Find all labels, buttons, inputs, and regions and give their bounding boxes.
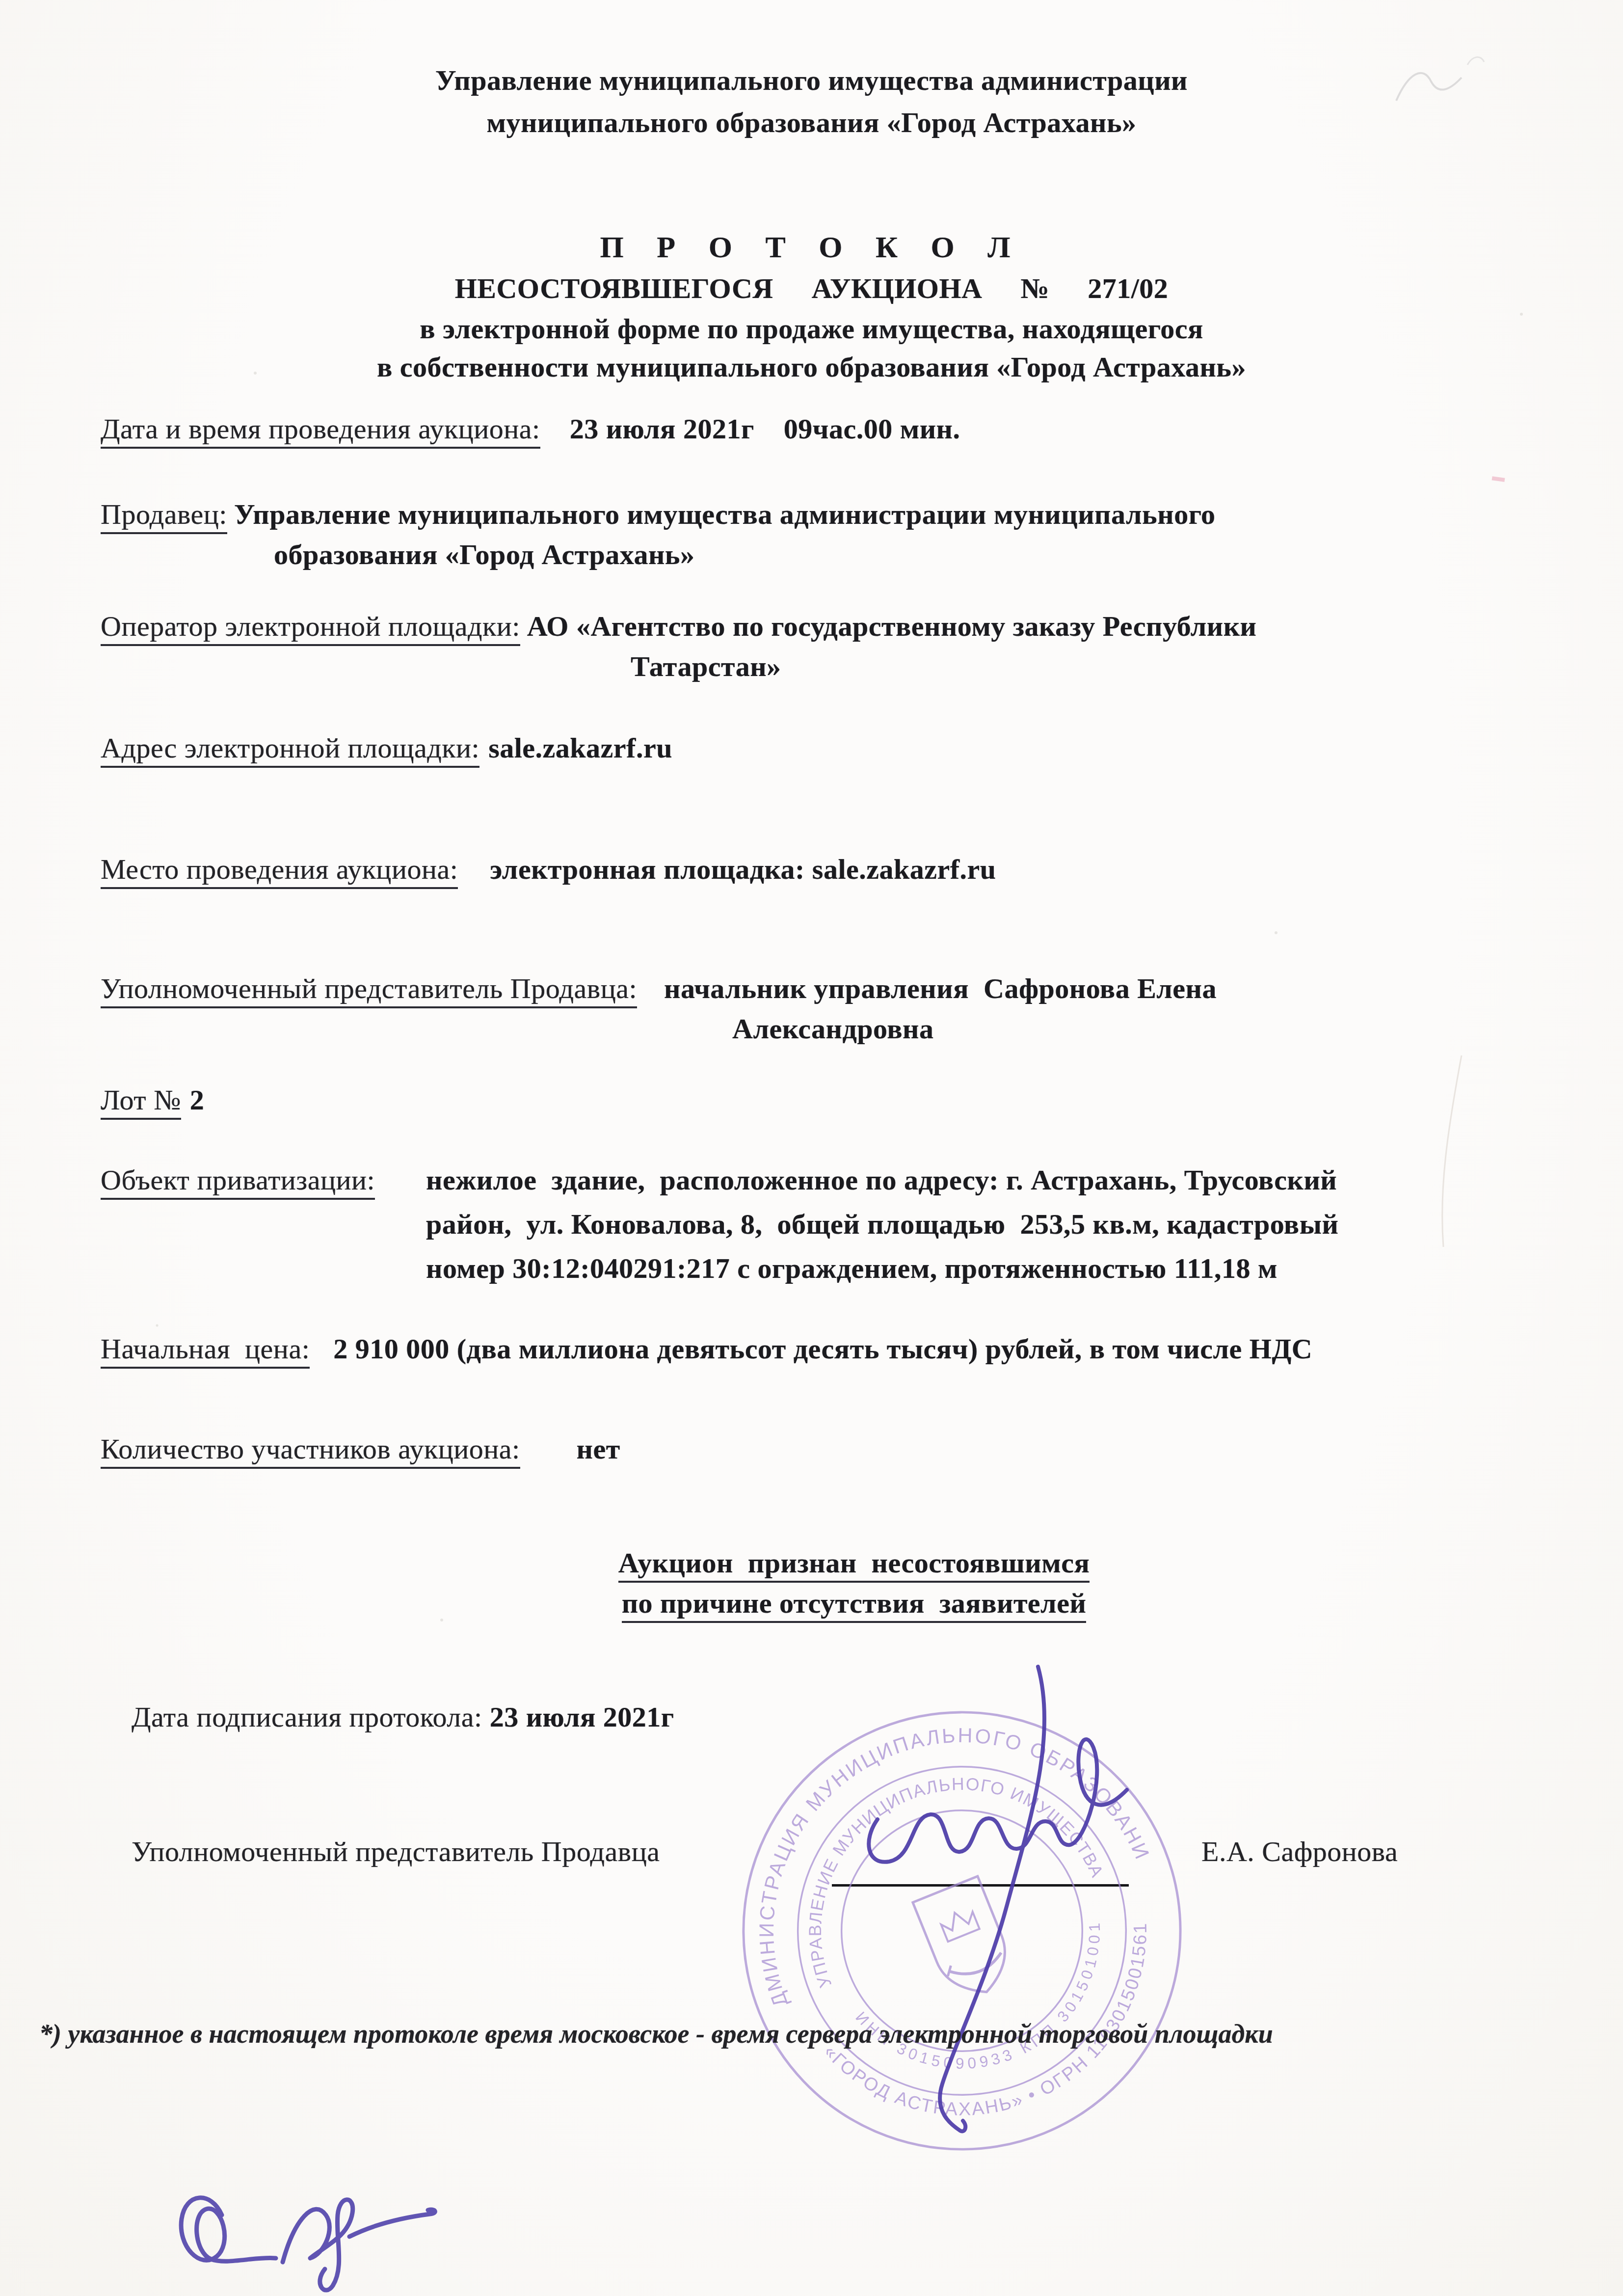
pink-mark-artifact (1492, 476, 1505, 482)
field-operator-value-line-1: АО «Агентство по государственному заказу… (527, 610, 1257, 642)
field-seller-label: Продавец: (101, 498, 227, 534)
field-participants-value: нет (577, 1433, 620, 1465)
field-lot-label: Лот № (101, 1084, 181, 1120)
result-statement-text-1: Аукцион признан несостоявшимся (618, 1547, 1090, 1583)
paper-crease-artifact (1442, 1055, 1462, 1247)
dust-specks (156, 279, 1523, 1622)
field-participants: Количество участников аукциона:нет (101, 1432, 620, 1467)
field-platform-address: Адрес электронной площадки:sale.zakazrf.… (101, 730, 672, 766)
field-platform-address-value: sale.zakazrf.ru (488, 732, 672, 764)
footnote-moscow-time: *) указанное в настоящем протоколе время… (39, 2019, 1590, 2049)
field-seller-value-line-1: Управление муниципального имущества адми… (234, 498, 1216, 530)
field-object-label-line: Объект приватизации: (101, 1162, 375, 1198)
field-datetime-label: Дата и время проведения аукциона: (101, 413, 540, 449)
field-datetime-value: 23 июля 2021г 09час.00 мин. (570, 413, 960, 445)
field-representative: Уполномоченный представитель Продавца:на… (101, 971, 1217, 1007)
field-start-price-value: 2 910 000 (два миллиона девятьсот десять… (333, 1333, 1312, 1365)
field-start-price: Начальная цена:2 910 000 (два миллиона д… (101, 1331, 1312, 1367)
doc-title-line-4: в собственности муниципального образован… (0, 350, 1623, 385)
result-statement-text-2: по причине отсутствия заявителей (622, 1587, 1087, 1623)
footer-signature-scribble (118, 2150, 461, 2296)
doc-title-line-3: в электронной форме по продаже имущества… (0, 311, 1623, 347)
scanned-protocol-page: Управление муниципального имущества адми… (0, 0, 1623, 2296)
field-object-value-line-2: район, ул. Коновалова, 8, общей площадью… (426, 1207, 1338, 1243)
field-object-value-line-1: нежилое здание, расположенное по адресу:… (426, 1162, 1337, 1198)
field-lot: Лот №2 (101, 1082, 204, 1118)
field-operator-label: Оператор электронной площадки: (101, 610, 520, 646)
field-operator: Оператор электронной площадки:АО «Агентс… (101, 609, 1257, 645)
field-datetime: Дата и время проведения аукциона:23 июля… (101, 411, 960, 447)
result-statement-line-2: по причине отсутствия заявителей (147, 1586, 1561, 1621)
field-lot-value: 2 (190, 1084, 205, 1116)
doc-title-protocol: П Р О Т О К О Л (0, 229, 1623, 267)
field-seller: Продавец:Управление муниципального имуще… (101, 497, 1216, 533)
field-seller-value-line-2: образования «Город Астрахань» (274, 537, 695, 573)
field-platform-address-label: Адрес электронной площадки: (101, 732, 479, 768)
field-signing-date-value: 23 июля 2021г (490, 1701, 674, 1733)
field-object-label: Объект приватизации: (101, 1164, 375, 1200)
org-name-line-2: муниципального образования «Город Астрах… (0, 105, 1623, 141)
field-signing-date: Дата подписания протокола: 23 июля 2021г (132, 1700, 674, 1735)
signature-row-title: Уполномоченный представитель Продавца (132, 1834, 660, 1870)
field-venue: Место проведения аукциона:электронная пл… (101, 852, 996, 888)
field-representative-value-line-2: Александровна (732, 1011, 933, 1047)
field-representative-value-line-1: начальник управления Сафронова Елена (664, 972, 1217, 1004)
field-signing-date-label: Дата подписания протокола: (132, 1701, 490, 1733)
field-venue-value: электронная площадка: sale.zakazrf.ru (490, 853, 996, 885)
field-venue-label: Место проведения аукциона: (101, 853, 458, 889)
field-representative-label: Уполномоченный представитель Продавца: (101, 972, 637, 1008)
result-statement-line-1: Аукцион признан несостоявшимся (147, 1545, 1561, 1581)
org-name-line-1: Управление муниципального имущества адми… (0, 63, 1623, 99)
field-operator-value-line-2: Татарстан» (631, 649, 781, 685)
field-object-value-line-3: номер 30:12:040291:217 с ограждением, пр… (426, 1251, 1277, 1287)
signature-ink (761, 1645, 1251, 2185)
doc-title-auction-number: НЕСОСТОЯВШЕГОСЯ АУКЦИОНА № 271/02 (0, 271, 1623, 307)
field-participants-label: Количество участников аукциона: (101, 1433, 520, 1469)
field-start-price-label: Начальная цена: (101, 1333, 310, 1369)
